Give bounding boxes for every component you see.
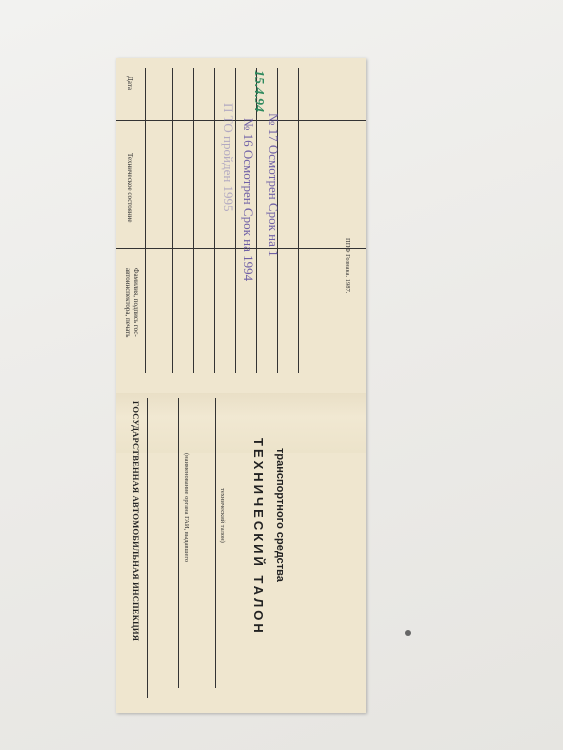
header-technical-state: Техническое состояние <box>126 153 134 222</box>
header-rule <box>145 68 146 373</box>
cover-panel: ГОСУДАРСТВЕННАЯ АВТОМОБИЛЬНАЯ ИНСПЕКЦИЯ … <box>116 393 366 713</box>
fill-line <box>147 398 148 698</box>
inspection-table-panel: Дата Техническое состояние Фамилия, подп… <box>116 58 366 393</box>
handwritten-date: 15.4.94 <box>250 70 266 112</box>
technical-talon-document: Дата Техническое состояние Фамилия, подп… <box>116 58 366 713</box>
row-line <box>172 68 173 373</box>
authority-title: ГОСУДАРСТВЕННАЯ АВТОМОБИЛЬНАЯ ИНСПЕКЦИЯ <box>131 401 141 641</box>
header-inspector: Фамилия, подпись гос-автоинспектора, печ… <box>124 268 140 378</box>
printer-note: ППФ Гознака. 1987. <box>344 238 351 293</box>
document-title: ТЕХНИЧЕСКИЙ ТАЛОН <box>251 438 266 636</box>
document-subtitle: транспортного средства <box>274 448 286 582</box>
caption-authority: (наименование органа ГАИ, выдавшего <box>183 453 190 562</box>
row-line <box>193 68 194 373</box>
stamp-17: № 17 Осмотрен Срок на 1 <box>265 113 281 257</box>
table-spot <box>405 630 411 636</box>
row-line <box>298 68 299 373</box>
caption-talon: технический талон) <box>219 488 226 543</box>
stamp-to-passed: П ТО пройден 1995 <box>220 103 236 212</box>
fill-line <box>215 398 216 688</box>
row-line <box>256 68 257 373</box>
header-date: Дата <box>126 76 134 90</box>
fill-line <box>178 398 179 688</box>
stamp-16: № 16 Осмотрен Срок на 1994 <box>240 118 256 281</box>
row-line <box>214 68 215 373</box>
